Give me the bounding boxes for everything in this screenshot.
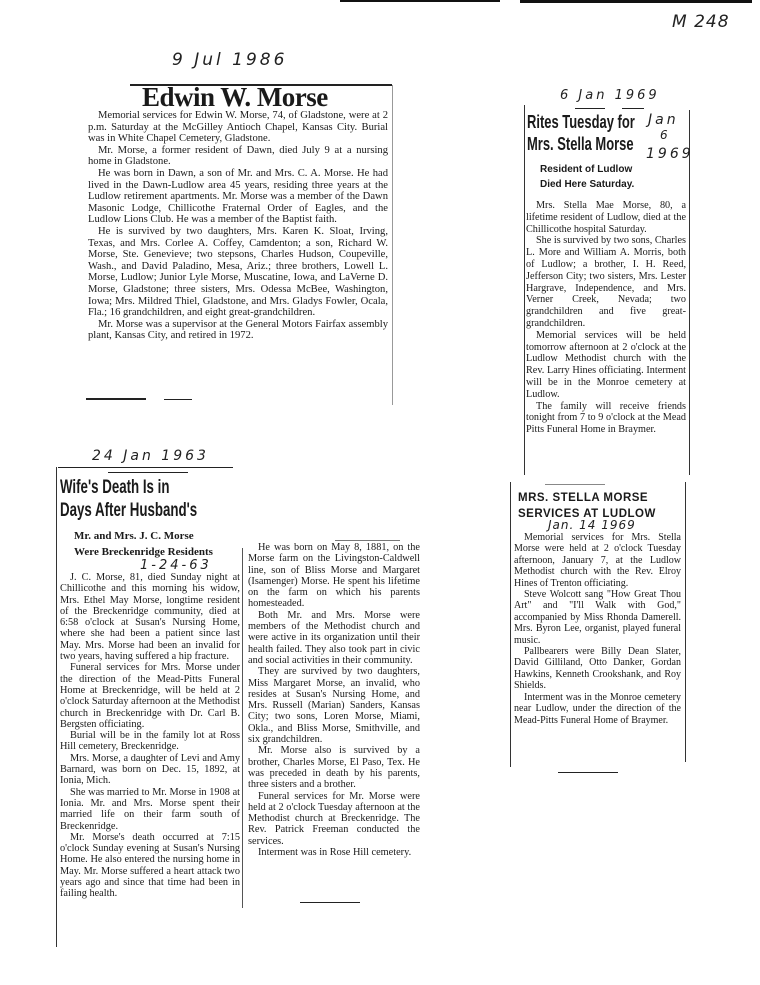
- subhead-line-2: Were Breckenridge Residents: [74, 546, 213, 558]
- page-reference-number: M 248: [672, 12, 730, 32]
- article-body-column-1: J. C. Morse, 81, died Sunday night at Ch…: [60, 572, 240, 900]
- paragraph: Memorial services for Edwin W. Morse, 74…: [88, 110, 388, 145]
- divider-line: [545, 484, 605, 485]
- paragraph: Mrs. Morse, a daughter of Levi and Amy B…: [60, 753, 240, 787]
- paragraph: Mr. Morse also is survived by a brother,…: [248, 745, 420, 790]
- paragraph: Interment was in the Monroe cemetery nea…: [514, 692, 681, 726]
- divider-line: [575, 108, 605, 109]
- clip-border: [685, 482, 686, 762]
- margin-note: 6: [660, 128, 671, 142]
- article-body-column-2: He was born on May 8, 1881, on the Morse…: [248, 542, 420, 858]
- headline-line-2: Days After Husband's: [60, 500, 197, 522]
- paragraph: He was born on May 8, 1881, on the Morse…: [248, 542, 420, 610]
- paragraph: He was born in Dawn, a son of Mr. and Mr…: [88, 168, 388, 226]
- handwritten-date: 6 Jan 1969: [560, 88, 660, 103]
- paragraph: Funeral services for Mrs. Morse under th…: [60, 662, 240, 730]
- article-body: Memorial services for Edwin W. Morse, 74…: [88, 110, 388, 342]
- clip-border: [392, 85, 393, 405]
- scan-edge-bar: [340, 0, 500, 2]
- paragraph: They are survived by two daughters, Miss…: [248, 666, 420, 745]
- divider-line: [622, 108, 644, 109]
- article-body: Mrs. Stella Mae Morse, 80, a lifetime re…: [526, 200, 686, 436]
- headline-line-1: Rites Tuesday for: [527, 112, 635, 133]
- divider-line: [558, 772, 618, 773]
- headline-line-1: Wife's Death Is in: [60, 477, 169, 499]
- paragraph: Memorial services for Mrs. Stella Morse …: [514, 532, 681, 589]
- handwritten-date: 9 Jul 1986: [172, 50, 287, 70]
- headline: Edwin W. Morse: [142, 82, 328, 113]
- divider-line: [86, 398, 146, 400]
- clip-border: [689, 110, 690, 475]
- paragraph: Both Mr. and Mrs. Morse were members of …: [248, 610, 420, 666]
- handwritten-date: Jan. 14 1969: [548, 518, 636, 532]
- subhead-line-1: Resident of Ludlow: [540, 164, 632, 175]
- paragraph: Mr. Morse was a supervisor at the Genera…: [88, 319, 388, 342]
- paragraph: J. C. Morse, 81, died Sunday night at Ch…: [60, 572, 240, 662]
- paragraph: Burial will be in the family lot at Ross…: [60, 730, 240, 753]
- margin-note: Jan: [648, 112, 679, 128]
- paragraph: He is survived by two daughters, Mrs. Ka…: [88, 226, 388, 319]
- clip-border: [524, 105, 525, 475]
- handwritten-date: 24 Jan 1963: [92, 448, 209, 464]
- paragraph: She is survived by two sons, Charles L. …: [526, 235, 686, 329]
- paragraph: Mrs. Stella Mae Morse, 80, a lifetime re…: [526, 200, 686, 235]
- divider-line: [108, 472, 188, 473]
- divider-line: [164, 399, 192, 400]
- headline-line-2: Mrs. Stella Morse: [527, 134, 634, 155]
- divider-line: [58, 467, 233, 468]
- margin-note: 1969: [646, 146, 694, 162]
- column-divider: [242, 548, 243, 908]
- paragraph: Interment was in Rose Hill cemetery.: [248, 847, 420, 858]
- paragraph: Steve Wolcott sang "How Great Thou Art" …: [514, 589, 681, 646]
- paragraph: Pallbearers were Billy Dean Slater, Davi…: [514, 646, 681, 692]
- headline-line-1: MRS. STELLA MORSE: [518, 492, 648, 504]
- divider-line: [300, 902, 360, 903]
- subhead-line-2: Died Here Saturday.: [540, 179, 634, 190]
- divider-line: [335, 540, 400, 541]
- subhead-line-1: Mr. and Mrs. J. C. Morse: [74, 530, 194, 542]
- scan-edge-bar: [520, 0, 752, 3]
- paragraph: The family will receive friends tonight …: [526, 401, 686, 436]
- clip-border: [510, 482, 511, 767]
- handwritten-note: 1-24-63: [140, 558, 212, 573]
- paragraph: Memorial services will be held tomorrow …: [526, 330, 686, 401]
- article-body: Memorial services for Mrs. Stella Morse …: [514, 532, 681, 726]
- paragraph: Mr. Morse's death occurred at 7:15 o'clo…: [60, 832, 240, 900]
- paragraph: Funeral services for Mr. Morse were held…: [248, 791, 420, 847]
- clip-border: [56, 467, 57, 947]
- paragraph: She was married to Mr. Morse in 1908 at …: [60, 787, 240, 832]
- paragraph: Mr. Morse, a former resident of Dawn, di…: [88, 145, 388, 168]
